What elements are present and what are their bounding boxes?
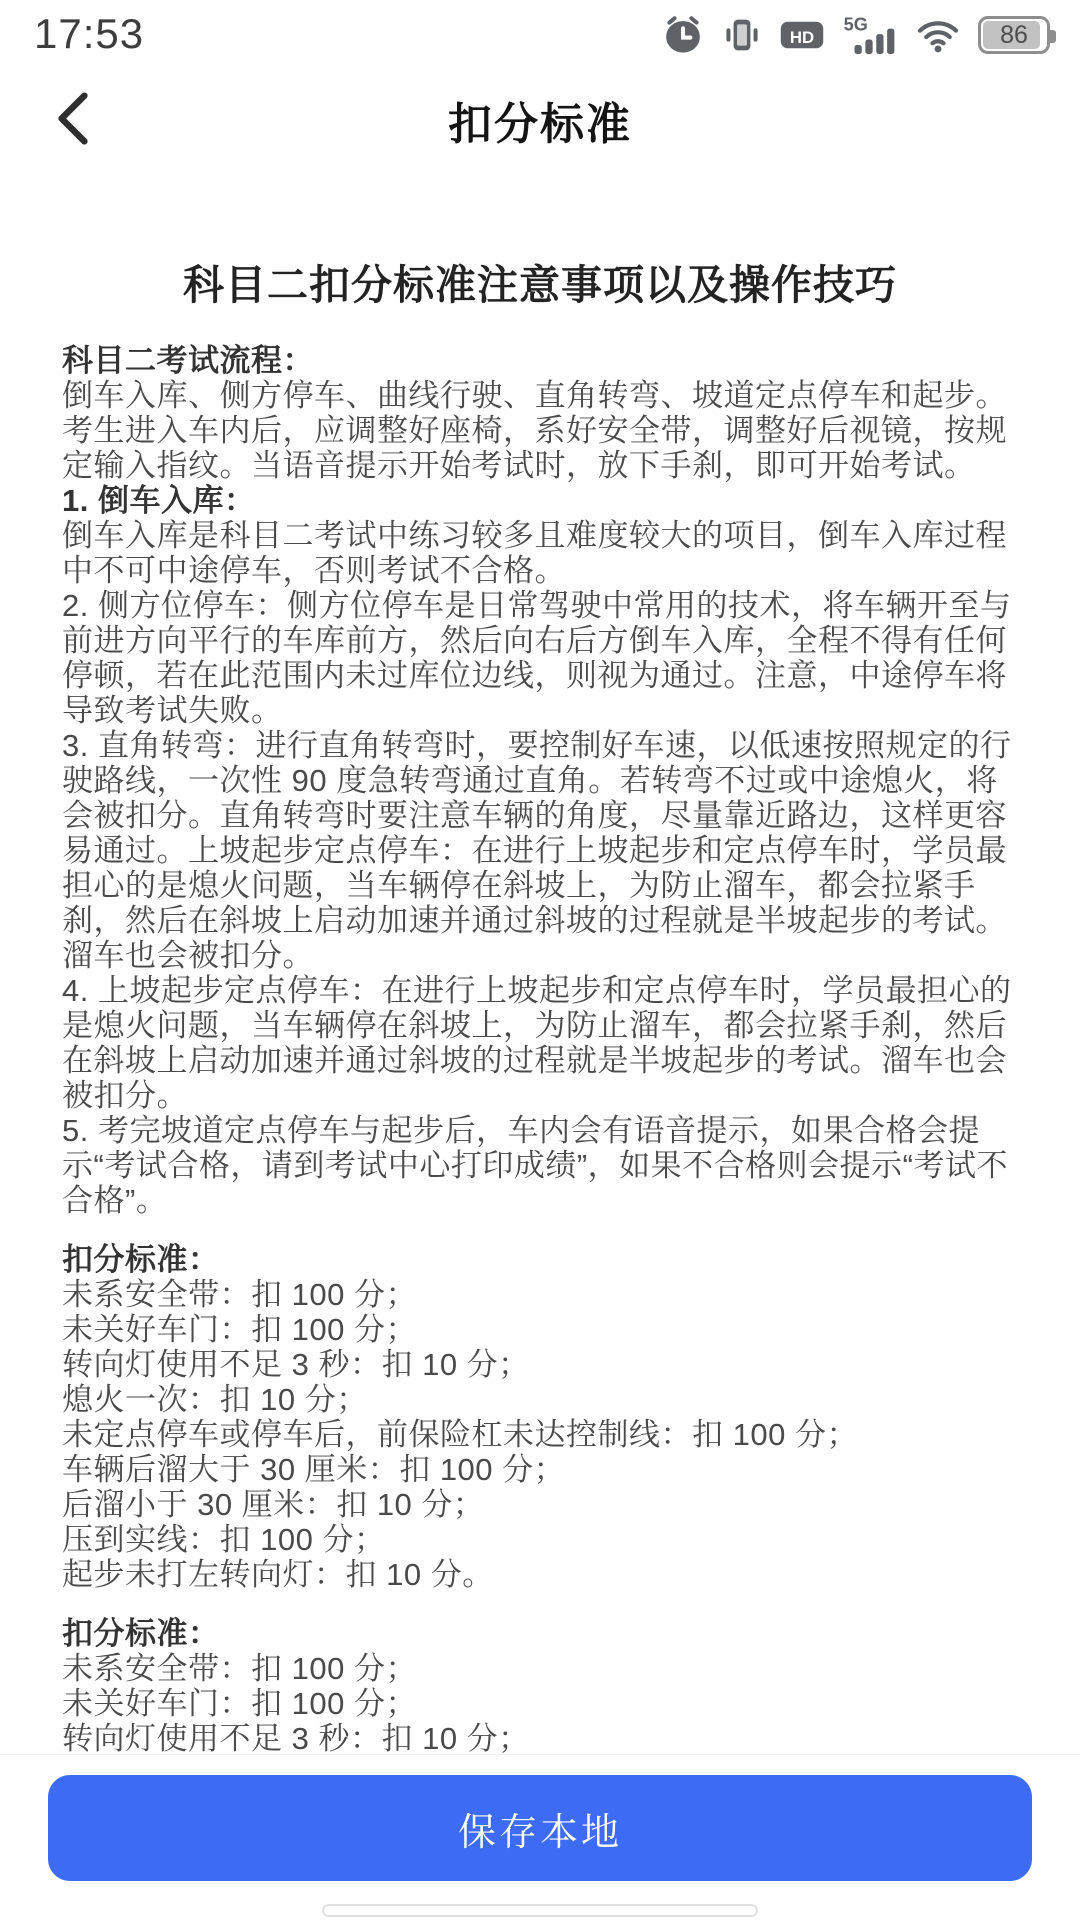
section-heading: 扣分标准： xyxy=(62,1242,1018,1277)
article: 科目二扣分标准注意事项以及操作技巧 科目二考试流程：倒车入库、侧方停车、曲线行驶… xyxy=(0,170,1080,1920)
status-bar: 17:53 HD 5G xyxy=(0,0,1080,70)
status-time: 17:53 xyxy=(34,12,144,56)
status-icons: HD 5G 86 xyxy=(661,12,1050,58)
section-heading: 扣分标准： xyxy=(62,1616,1018,1651)
wifi-icon xyxy=(913,13,963,57)
body-text-line: 转向灯使用不足 3 秒：扣 10 分； xyxy=(62,1721,1018,1756)
home-indicator[interactable] xyxy=(322,1904,758,1917)
screen: 17:53 HD 5G xyxy=(0,0,1080,1920)
article-body: 科目二考试流程：倒车入库、侧方停车、曲线行驶、直角转弯、坡道定点停车和起步。考生… xyxy=(62,343,1018,1791)
body-text-line: 起步未打左转向灯：扣 10 分。 xyxy=(62,1557,1018,1592)
battery-nub xyxy=(1050,30,1056,43)
body-text-line: 车辆后溜大于 30 厘米：扣 100 分； xyxy=(62,1452,1018,1487)
page-title: 扣分标准 xyxy=(448,88,632,152)
body-text-line: 未定点停车或停车后，前保险杠未达控制线：扣 100 分； xyxy=(62,1417,1018,1452)
section-heading: 科目二考试流程： xyxy=(62,343,1018,378)
body-text-line: 2. 侧方位停车：侧方位停车是日常驾驶中常用的技术，将车辆开至与前进方向平行的车… xyxy=(62,588,1018,728)
hd-icon: HD xyxy=(779,13,825,57)
body-text-line: 未关好车门：扣 100 分； xyxy=(62,1312,1018,1347)
article-title: 科目二扣分标准注意事项以及操作技巧 xyxy=(62,260,1018,311)
battery-level: 86 xyxy=(1000,23,1028,48)
section-heading: 1. 倒车入库： xyxy=(62,483,1018,518)
body-text-line: 倒车入库、侧方停车、曲线行驶、直角转弯、坡道定点停车和起步。考生进入车内后，应调… xyxy=(62,378,1018,483)
body-text-line: 未系安全带：扣 100 分； xyxy=(62,1277,1018,1312)
body-text-line: 倒车入库是科目二考试中练习较多且难度较大的项目，倒车入库过程中不可中途停车，否则… xyxy=(62,518,1018,588)
svg-text:HD: HD xyxy=(790,28,814,47)
body-text-line: 5. 考完坡道定点停车与起步后，车内会有语音提示，如果合格会提示“考试合格，请到… xyxy=(62,1113,1018,1218)
body-text-line: 未关好车门：扣 100 分； xyxy=(62,1686,1018,1721)
save-local-button[interactable]: 保存本地 xyxy=(48,1775,1032,1881)
body-text-line: 未系安全带：扣 100 分； xyxy=(62,1651,1018,1686)
svg-text:5G: 5G xyxy=(844,14,868,34)
signal-5g-icon: 5G xyxy=(840,12,898,58)
body-text-line: 转向灯使用不足 3 秒：扣 10 分； xyxy=(62,1347,1018,1382)
battery-icon: 86 xyxy=(978,16,1050,54)
body-text-line: 后溜小于 30 厘米：扣 10 分； xyxy=(62,1487,1018,1522)
body-text-line: 压到实线：扣 100 分； xyxy=(62,1522,1018,1557)
body-text-line: 3. 直角转弯：进行直角转弯时，要控制好车速，以低速按照规定的行驶路线，一次性 … xyxy=(62,728,1018,973)
alarm-icon xyxy=(661,13,705,57)
vibrate-icon xyxy=(720,13,764,57)
body-text-line: 4. 上坡起步定点停车：在进行上坡起步和定点停车时，学员最担心的是熄火问题，当车… xyxy=(62,973,1018,1113)
back-chevron-icon xyxy=(54,92,92,146)
footer: 保存本地 xyxy=(0,1754,1080,1920)
back-button[interactable] xyxy=(48,86,98,155)
body-text-line: 熄火一次：扣 10 分； xyxy=(62,1382,1018,1417)
header: 扣分标准 xyxy=(0,70,1080,170)
